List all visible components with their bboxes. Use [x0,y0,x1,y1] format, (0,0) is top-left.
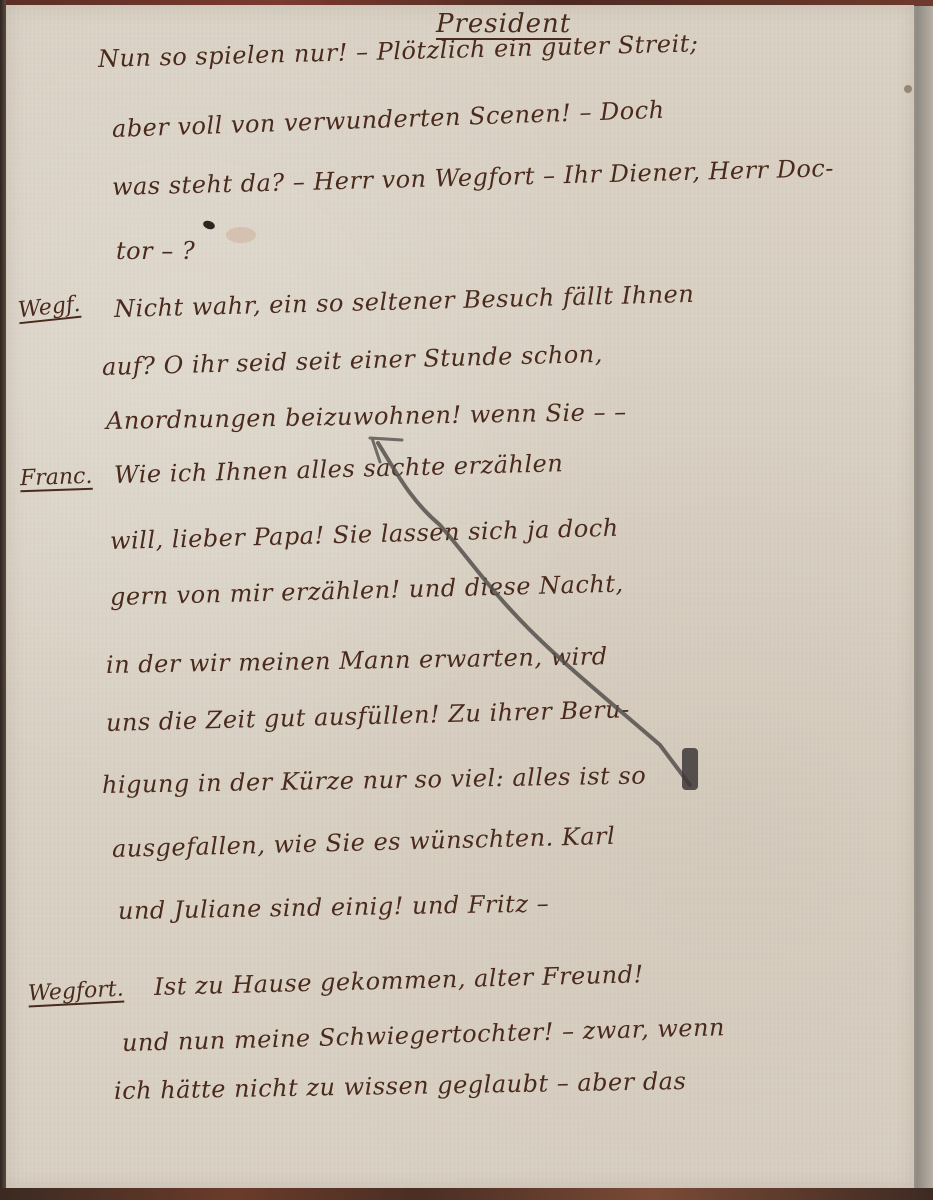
speaker-label-wegfort: Wegfort. [27,977,124,1007]
text-line-9: will, lieber Papa! Sie lassen sich ja do… [110,514,619,555]
binding-bottom-edge [0,1188,933,1200]
text-line-16: Ist zu Hause gekommen, alter Freund! [154,960,644,1001]
text-line-15: und Juliane sind einig! und Fritz – [118,889,550,925]
text-line-3: was steht da? – Herr von Wegfort – Ihr D… [112,154,835,201]
text-line-17: und nun meine Schwiegertochter! – zwar, … [122,1013,726,1057]
text-line-8: Wie ich Ihnen alles sachte erzählen [114,449,564,489]
text-line-10: gern von mir erzählen! und diese Nacht, [110,570,624,611]
speaker-label-franc: Franc. [20,464,93,492]
text-line-13: higung in der Kürze nur so viel: alles i… [102,762,647,799]
speaker-label-wegf: Wegf. [17,292,82,323]
text-line-11: in der wir meinen Mann erwarten, wird [106,642,608,679]
text-line-5: Nicht wahr, ein so seltener Besuch fällt… [114,280,695,323]
text-line-4: tor – ? [116,237,195,265]
text-line-12: uns die Zeit gut ausfüllen! Zu ihrer Ber… [106,695,630,737]
text-line-14: ausgefallen, wie Sie es wünschten. Karl [112,822,616,863]
text-line-7: Anordnungen beizuwohnen! wenn Sie – – [106,398,627,435]
paper-stain [226,227,256,243]
text-line-1: Nun so spielen nur! – Plötzlich ein gute… [98,29,699,73]
text-line-2: aber voll von verwunderten Scenen! – Doc… [112,96,666,143]
text-line-6: auf? O ihr seid seit einer Stunde schon, [102,340,603,381]
manuscript-scan: President Nun so spielen nur! – Plötzlic… [0,0,933,1200]
text-line-18: ich hätte nicht zu wissen geglaubt – abe… [114,1067,687,1105]
paper-spot [904,85,912,93]
manuscript-page: President Nun so spielen nur! – Plötzlic… [6,5,914,1189]
ink-blot [202,219,216,231]
